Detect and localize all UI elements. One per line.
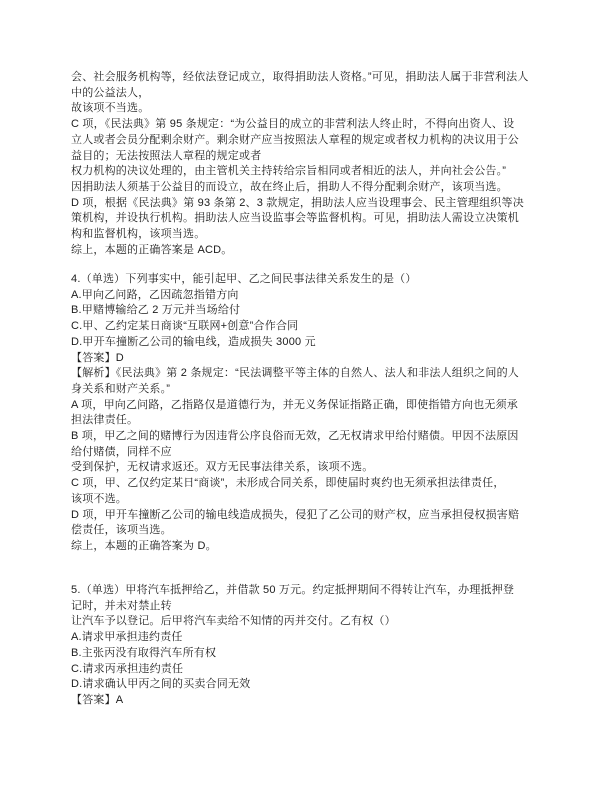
text-line: 立人或者会员分配剩余财产。剩余财产应当按照法人章程的规定或者权力机构的决议用于公 [71, 133, 559, 149]
text-line: C 项，甲、乙仅约定某日“商谈”，未形成合同关系，即使届时爽约也无须承担法律责任… [71, 476, 559, 492]
text-line: 【解析】《民法典》第 2 条规定：“民法调整平等主体的自然人、法人和非法人组织之… [71, 366, 559, 382]
question-5-stem: 5.（单选）甲将汽车抵押给乙，并借款 50 万元。约定抵押期间不得转让汽车，办理… [71, 583, 559, 599]
text-line: A 项，甲向乙问路，乙指路仅是道德行为，并无义务保证指路正确，即使指错方向也无须… [71, 398, 559, 414]
text-line: 权力机构的决议处理的，由主管机关主持转给宗旨相同或者相近的法人，并向社会公告。” [71, 164, 559, 180]
text-line: C 项，《民法典》第 95 条规定：“为公益目的成立的非营利法人终止时，不得向出… [71, 117, 559, 133]
text-line: 中的公益法人， [71, 86, 559, 102]
question-4-option-d: D.甲开车撞断乙公司的输电线，造成损失 3000 元 [71, 335, 559, 351]
question-3-analysis-block: 会、社会服务机构等，经依法登记成立，取得捐助法人资格。”可见，捐助法人属于非营利… [71, 70, 559, 258]
text-line: 构和监督机构，该项当选。 [71, 227, 559, 243]
question-4-answer: 【答案】D [71, 351, 559, 367]
question-5-option-a: A.请求甲承担违约责任 [71, 630, 559, 646]
question-5-stem: 记时，并未对禁止转 [71, 599, 559, 615]
text-line: 受到保护，无权请求返还。双方无民事法律关系，该项不选。 [71, 460, 559, 476]
question-4-block: 4.（单选）下列事实中，能引起甲、乙之间民事法律关系发生的是（） A.甲向乙问路… [71, 272, 559, 555]
text-line: 会、社会服务机构等，经依法登记成立，取得捐助法人资格。”可见，捐助法人属于非营利… [71, 70, 559, 86]
text-line: 因捐助法人须基于公益目的而设立，故在终止后，捐助人不得分配剩余财产，该项当选。 [71, 180, 559, 196]
text-line: 益目的；无法按照法人章程的规定或者 [71, 149, 559, 165]
text-line: 给付赌债，同样不应 [71, 445, 559, 461]
question-4-option-b: B.甲赌博输给乙 2 万元并当场给付 [71, 303, 559, 319]
question-5-option-b: B.主张丙没有取得汽车所有权 [71, 646, 559, 662]
question-5-block: 5.（单选）甲将汽车抵押给乙，并借款 50 万元。约定抵押期间不得转让汽车，办理… [71, 583, 559, 709]
text-line: 策机构，并设执行机构。捐助法人应当设监事会等监督机构。可见，捐助法人需设立决策机 [71, 211, 559, 227]
question-4-stem: 4.（单选）下列事实中，能引起甲、乙之间民事法律关系发生的是（） [71, 272, 559, 288]
question-4-option-c: C.甲、乙约定某日商谈“互联网+创意”合作合同 [71, 319, 559, 335]
text-line: 综上，本题的正确答案是 ACD。 [71, 243, 559, 259]
text-line: 偿责任，该项当选。 [71, 523, 559, 539]
question-5-option-d: D.请求确认甲丙之间的买卖合同无效 [71, 677, 559, 693]
question-4-option-a: A.甲向乙问路，乙因疏忽指错方向 [71, 288, 559, 304]
text-line: 故该项不当选。 [71, 101, 559, 117]
text-line: D 项，甲开车撞断乙公司的输电线造成损失，侵犯了乙公司的财产权，应当承担侵权损害… [71, 508, 559, 524]
text-line: 该项不选。 [71, 492, 559, 508]
question-5-option-c: C.请求丙承担违约责任 [71, 662, 559, 678]
text-line: 担法律责任。 [71, 413, 559, 429]
question-5-answer: 【答案】A [71, 693, 559, 709]
text-line: 身关系和财产关系。” [71, 382, 559, 398]
text-line: D 项，根据《民法典》第 93 条第 2、3 款规定，捐助法人应当设理事会、民主… [71, 196, 559, 212]
text-line: 综上，本题的正确答案为 D。 [71, 539, 559, 555]
question-5-stem: 让汽车予以登记。后甲将汽车卖给不知情的丙并交付。乙有权（） [71, 614, 559, 630]
document-page: 会、社会服务机构等，经依法登记成立，取得捐助法人资格。”可见，捐助法人属于非营利… [0, 0, 612, 792]
text-line: B 项，甲乙之间的赌博行为因违背公序良俗而无效，乙无权请求甲给付赌债。甲因不法原… [71, 429, 559, 445]
